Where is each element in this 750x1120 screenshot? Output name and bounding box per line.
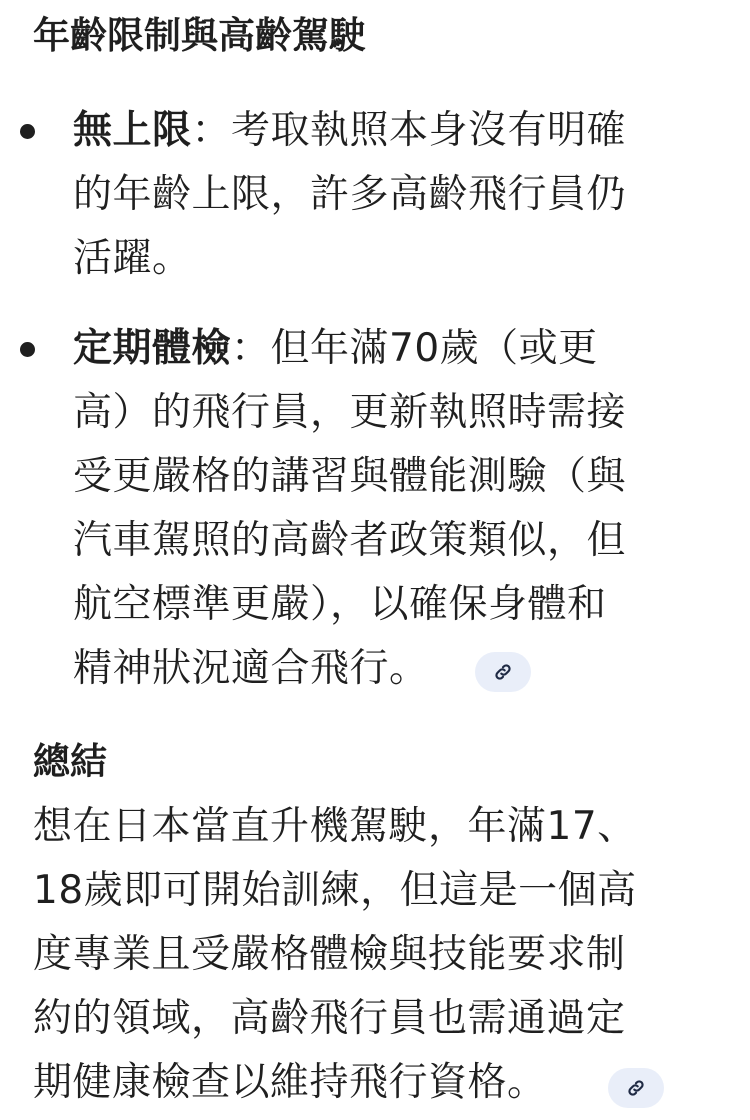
bullet-text-line: 高）的飛行員，更新執照時需接	[73, 390, 626, 436]
bullet-text-line: 活躍。	[73, 236, 192, 282]
bullet-no-upper-limit-line-1: 無上限：考取執照本身沒有明確	[73, 108, 626, 154]
summary-line: 18歲即可開始訓練，但這是一個高	[33, 868, 637, 914]
summary-line: 想在日本當直升機駕駛，年滿17、	[33, 804, 637, 850]
section-heading-age-limits: 年齡限制與高齡駕駛	[33, 14, 366, 58]
link-icon	[626, 1078, 646, 1098]
summary-line: 度專業且受嚴格體檢與技能要求制	[33, 932, 626, 978]
link-icon	[493, 662, 513, 682]
bullet-term: 定期體檢	[73, 326, 231, 371]
source-link-chip[interactable]	[475, 652, 531, 692]
bullet-dot	[20, 124, 35, 139]
bullet-text-line: 精神狀況適合飛行。	[73, 646, 429, 692]
section-heading-summary: 總結	[33, 740, 107, 784]
bullet-periodic-checkup-line-1: 定期體檢：但年滿70歲（或更	[73, 326, 598, 372]
summary-line: 期健康檢查以維持飛行資格。	[33, 1060, 547, 1106]
bullet-text-line: 汽車駕照的高齡者政策類似，但	[73, 518, 626, 564]
summary-line: 約的領域，高齡飛行員也需通過定	[33, 996, 626, 1042]
bullet-term: 無上限	[73, 108, 192, 153]
bullet-text-line: 的年齡上限，許多高齡飛行員仍	[73, 172, 626, 218]
bullet-text-line: 受更嚴格的講習與體能測驗（與	[73, 454, 626, 500]
bullet-dot	[20, 342, 35, 357]
bullet-text-line: 航空標準更嚴），以確保身體和	[73, 582, 607, 628]
source-link-chip[interactable]	[608, 1068, 664, 1108]
